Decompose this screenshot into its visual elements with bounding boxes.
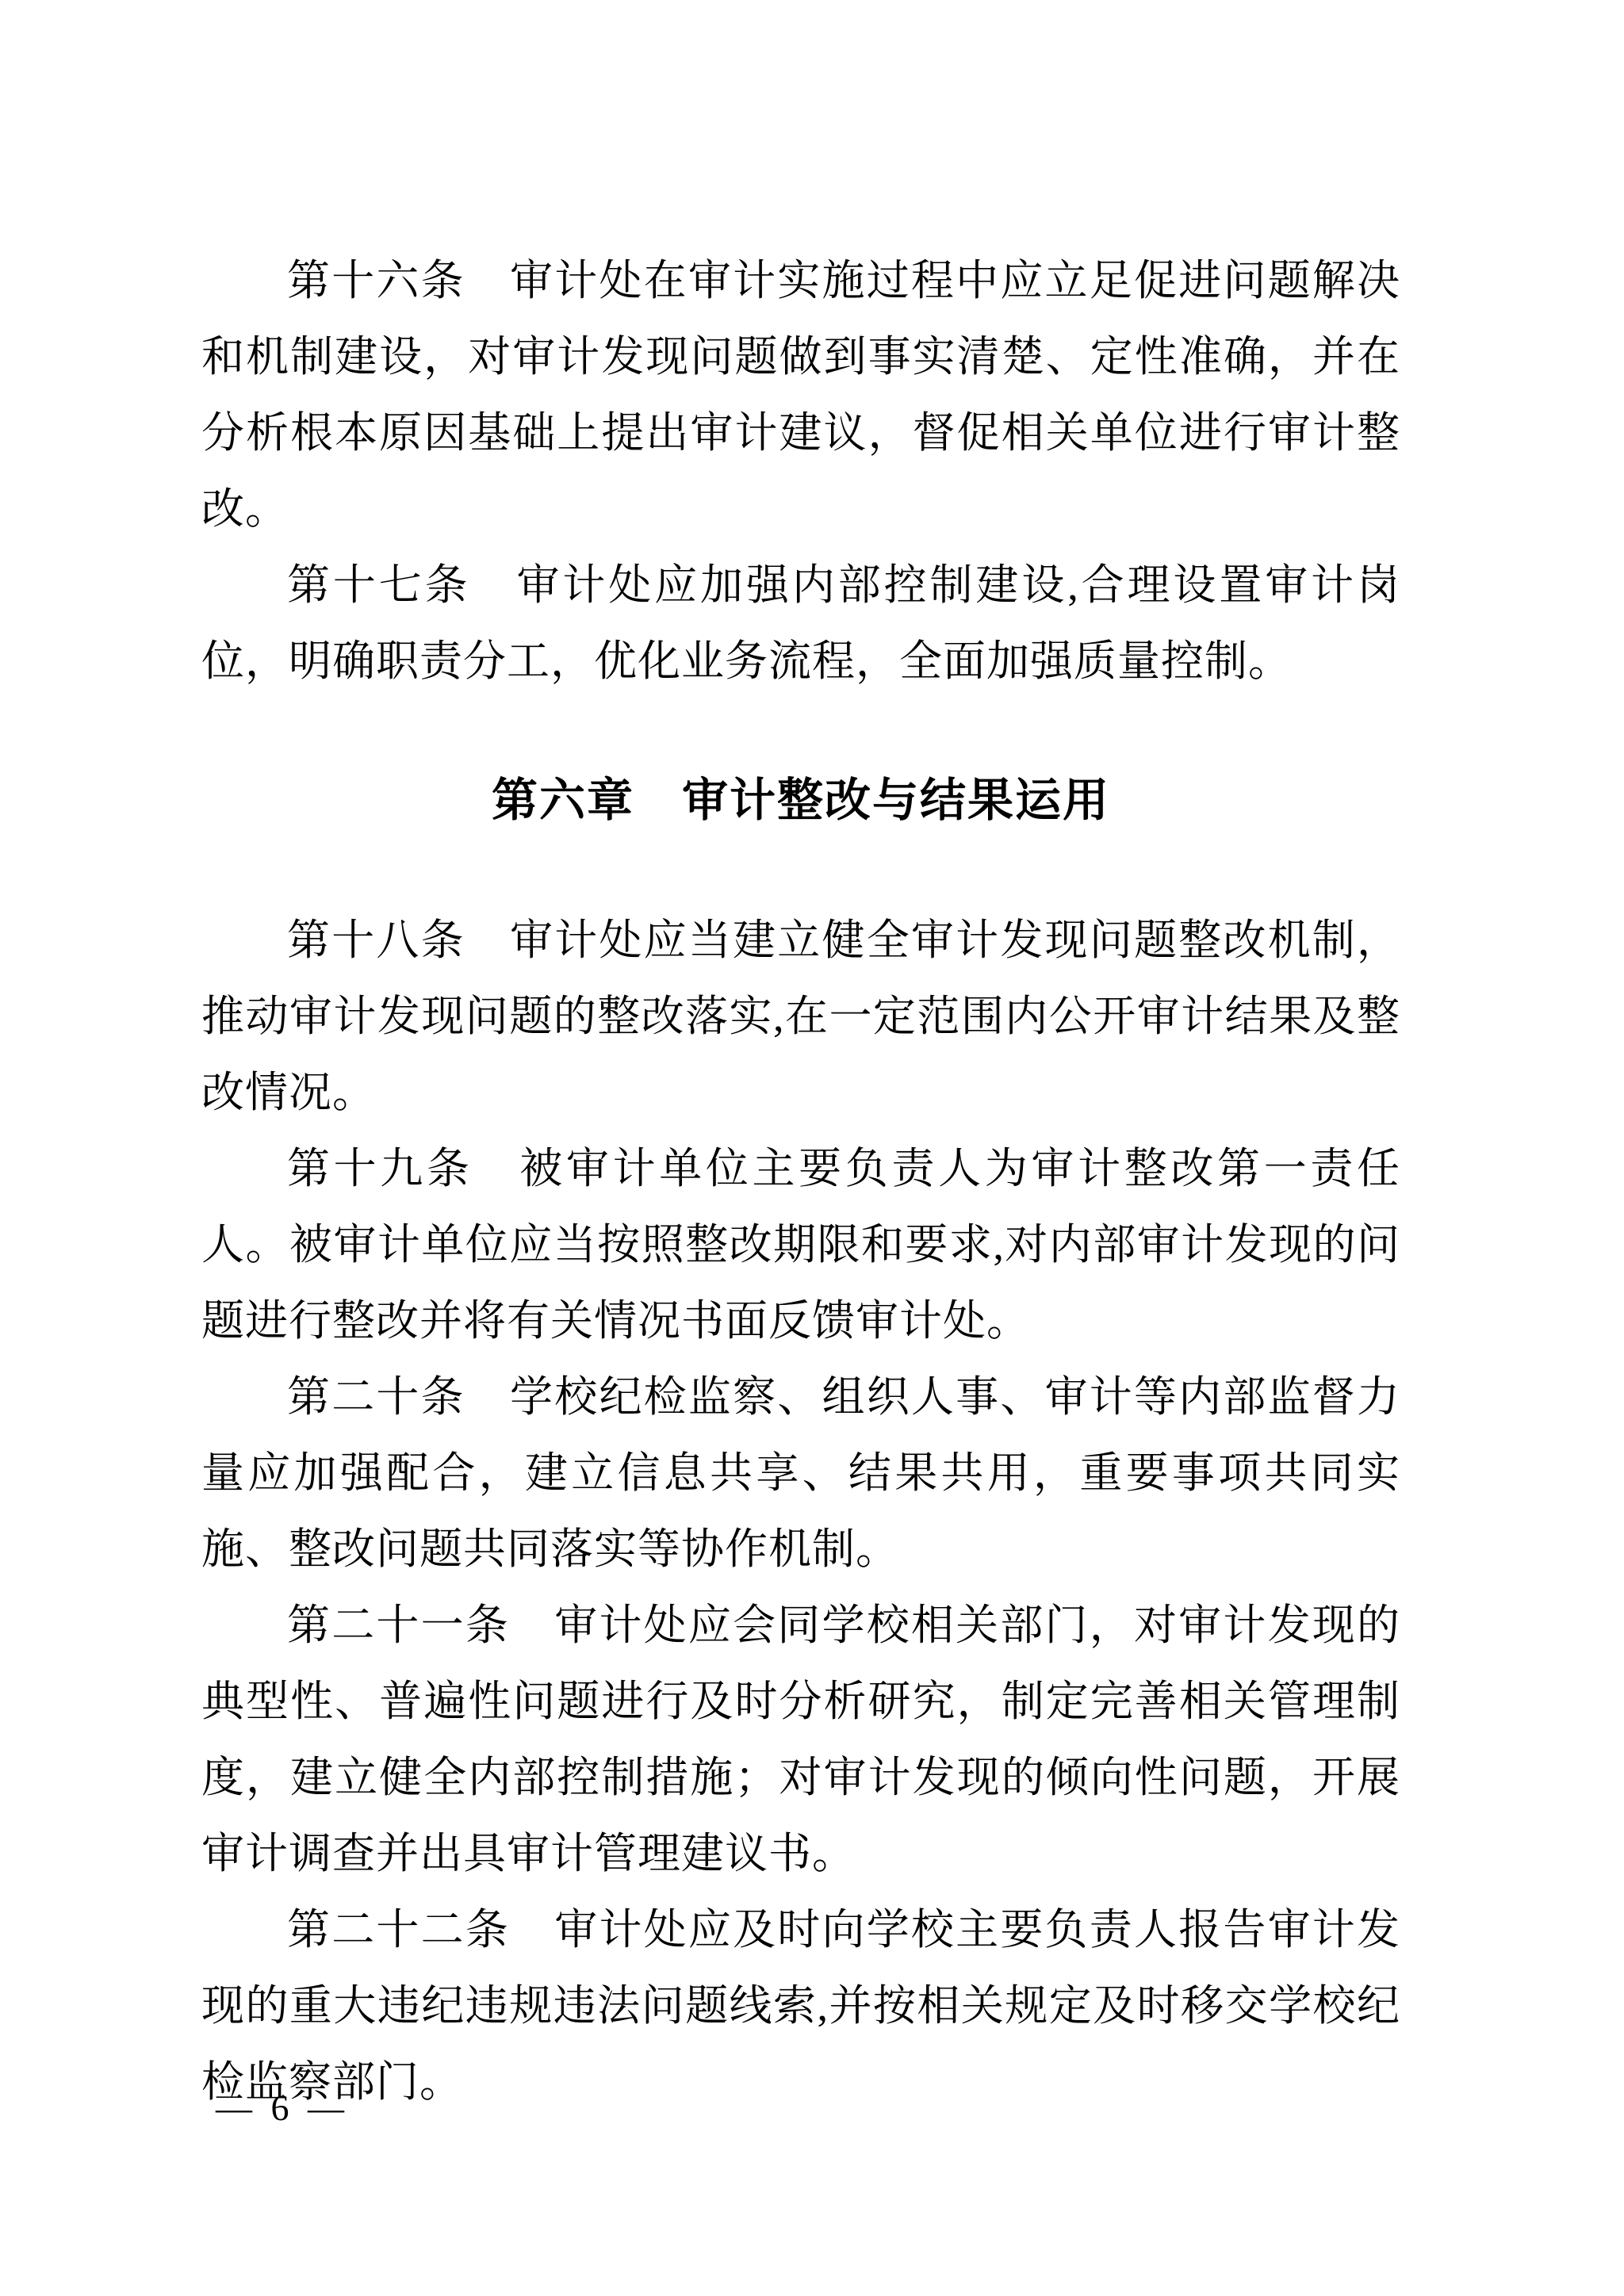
paragraph-article-16: 第十六条 审计处在审计实施过程中应立足促进问题解决和机制建设，对审计发现问题做到… — [201, 243, 1400, 547]
paragraph-article-18: 第十八条 审计处应当建立健全审计发现问题整改机制，推动审计发现问题的整改落实,在… — [201, 902, 1400, 1131]
paragraph-article-20: 第二十条 学校纪检监察、组织人事、审计等内部监督力量应加强配合，建立信息共享、结… — [201, 1359, 1400, 1587]
paragraph-article-21: 第二十一条 审计处应会同学校相关部门，对审计发现的典型性、普遍性问题进行及时分析… — [201, 1587, 1400, 1892]
document-page: 第十六条 审计处在审计实施过程中应立足促进问题解决和机制建设，对审计发现问题做到… — [0, 0, 1624, 2296]
page-number: — 6 — — [216, 2088, 349, 2128]
paragraph-article-17: 第十七条 审计处应加强内部控制建设,合理设置审计岗位，明确职责分工，优化业务流程… — [201, 547, 1400, 699]
document-body: 第十六条 审计处在审计实施过程中应立足促进问题解决和机制建设，对审计发现问题做到… — [201, 243, 1400, 2120]
chapter-heading: 第六章 审计整改与结果运用 — [201, 756, 1400, 845]
paragraph-article-19: 第十九条 被审计单位主要负责人为审计整改第一责任人。被审计单位应当按照整改期限和… — [201, 1131, 1400, 1359]
paragraph-article-22: 第二十二条 审计处应及时向学校主要负责人报告审计发现的重大违纪违规违法问题线索,… — [201, 1892, 1400, 2120]
